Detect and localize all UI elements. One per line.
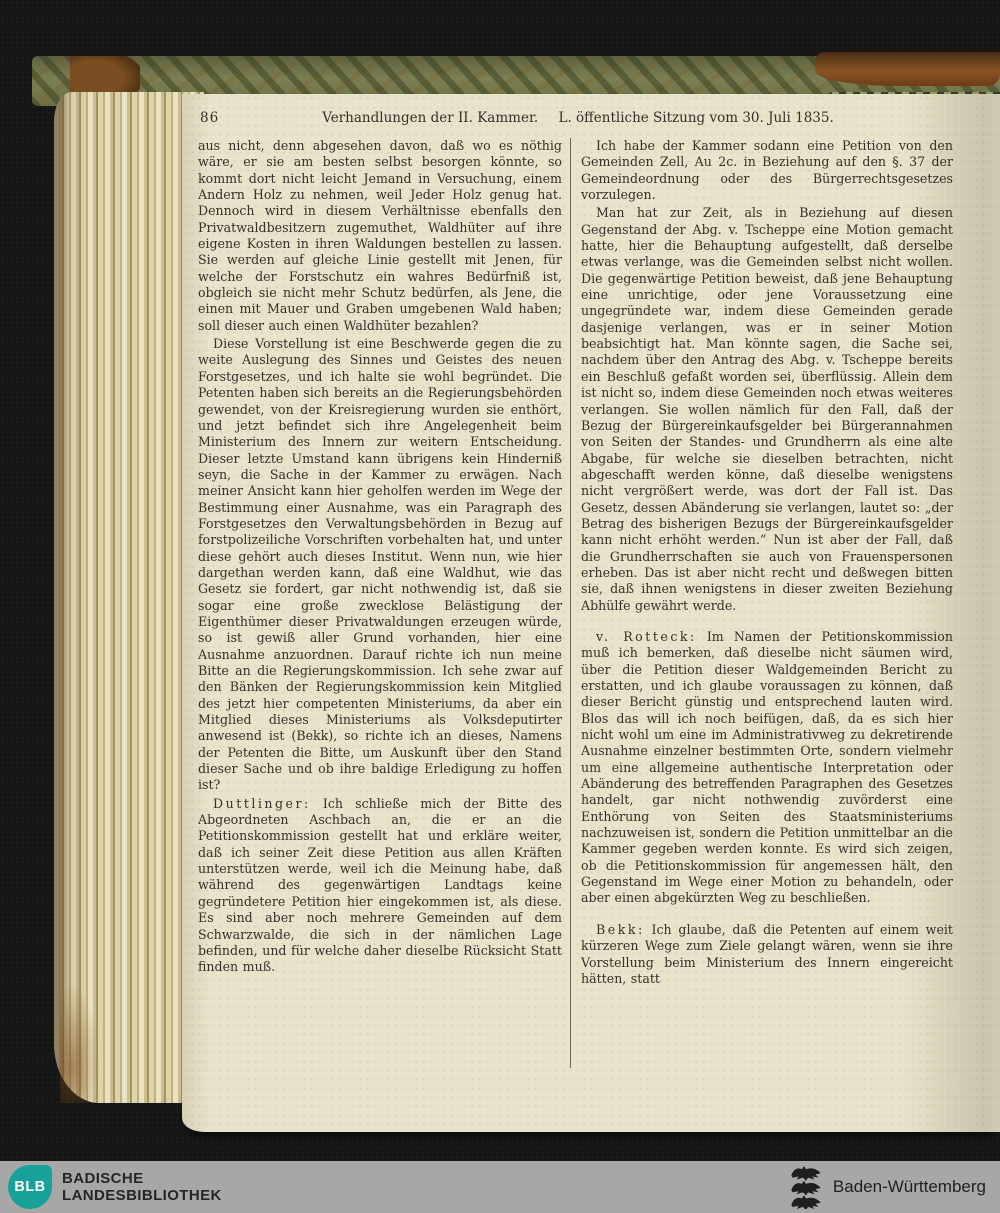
paragraph: Bekk: Ich glaube, daß die Petenten auf e… (581, 922, 953, 987)
library-name-line1: BADISCHE (62, 1170, 222, 1187)
paragraph: Man hat zur Zeit, als in Beziehung auf d… (581, 205, 953, 614)
book-scan: 86 Verhandlungen der II. Kammer. L. öffe… (0, 0, 1000, 1161)
running-title: Verhandlungen der II. Kammer. L. öffentl… (198, 110, 958, 126)
paragraph: aus nicht, denn abgesehen davon, daß wo … (198, 138, 562, 334)
footer-bar: BLB BADISCHE LANDESBIBLIOTHEK Baden-Würt… (0, 1161, 1000, 1213)
scanned-page: 86 Verhandlungen der II. Kammer. L. öffe… (182, 94, 1000, 1132)
speaker-name: Bekk: (596, 922, 645, 937)
paragraph-text: Im Namen der Petitionskommission muß ich… (581, 629, 953, 906)
library-name-line2: LANDESBIBLIOTHEK (62, 1187, 222, 1204)
library-name: BADISCHE LANDESBIBLIOTHEK (62, 1170, 222, 1205)
blb-drop-icon: BLB (8, 1165, 52, 1209)
state-logo[interactable]: Baden-Württemberg (789, 1165, 1000, 1209)
paragraph-text: Diese Vorstellung ist eine Beschwerde ge… (198, 336, 562, 792)
paragraph: Diese Vorstellung ist eine Beschwerde ge… (198, 336, 562, 794)
two-column-text: aus nicht, denn abgesehen davon, daß wo … (198, 138, 958, 1068)
paragraph: Duttlinger: Ich schließe mich der Bitte … (198, 796, 562, 976)
running-title-right: L. öffentliche Sitzung vom 30. Juli 1835… (559, 110, 834, 126)
leather-spine (815, 52, 1000, 86)
page-header: 86 Verhandlungen der II. Kammer. L. öffe… (198, 108, 958, 138)
state-name: Baden-Württemberg (833, 1177, 986, 1197)
paragraph-text: aus nicht, denn abgesehen davon, daß wo … (198, 138, 562, 333)
paragraph-text: Man hat zur Zeit, als in Beziehung auf d… (581, 205, 953, 612)
page-content: 86 Verhandlungen der II. Kammer. L. öffe… (198, 108, 958, 1118)
paragraph-text: Ich schließe mich der Bitte des Abgeordn… (198, 796, 562, 974)
three-lions-icon (789, 1165, 823, 1209)
right-column: Ich habe der Kammer sodann eine Petition… (570, 138, 953, 1068)
paragraph: v. Rotteck: Im Namen der Petitionskommis… (581, 629, 953, 907)
running-title-left: Verhandlungen der II. Kammer. (322, 110, 538, 126)
paragraph-text: Ich habe der Kammer sodann eine Petition… (581, 138, 953, 202)
paragraph: Ich habe der Kammer sodann eine Petition… (581, 138, 953, 203)
left-column: aus nicht, denn abgesehen davon, daß wo … (198, 138, 570, 1068)
blb-logo[interactable]: BLB BADISCHE LANDESBIBLIOTHEK (0, 1165, 222, 1209)
speaker-name: v. Rotteck: (596, 629, 697, 644)
speaker-name: Duttlinger: (213, 796, 311, 811)
